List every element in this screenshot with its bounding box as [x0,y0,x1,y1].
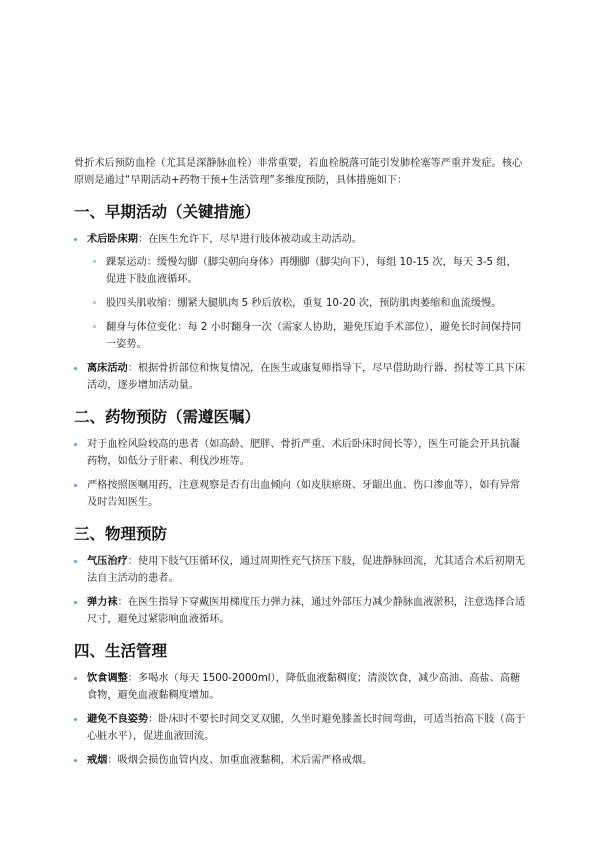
list-item: 气压治疗：使用下肢气压循环仪，通过周期性充气挤压下肢，促进静脉回流，尤其适合术后… [74,553,526,587]
sub-list: 踝泵运动：缓慢勾脚（脚尖朝向身体）再绷脚（脚尖向下），每组 10-15 次，每天… [87,254,526,353]
item-text: ：吸烟会损伤血管内皮、加重血液黏稠，术后需严格戒烟。 [107,755,372,766]
bullet-icon [74,238,77,241]
item-label: 离床活动 [87,363,128,374]
item-label: 术后卧床期 [87,234,138,245]
physical-list: 气压治疗：使用下肢气压循环仪，通过周期性充气挤压下肢，促进静脉回流，尤其适合术后… [74,553,526,628]
sub-list-item: 翻身与体位变化：每 2 小时翻身一次（需家人协助，避免压迫手术部位），避免长时间… [87,319,526,353]
sub-list-item: 踝泵运动：缓慢勾脚（脚尖朝向身体）再绷脚（脚尖向下），每组 10-15 次，每天… [87,254,526,288]
document-page: 骨折术后预防血栓（尤其是深静脉血栓）非常重要，若血栓脱落可能引发肺栓塞等严重并发… [74,155,526,782]
item-label: 弹力袜 [87,597,118,608]
item-text: 对于血栓风险较高的患者（如高龄、肥胖、骨折严重、术后卧床时间长等），医生可能会开… [87,439,520,467]
bullet-icon [74,759,77,762]
list-item: 戒烟：吸烟会损伤血管内皮、加重血液黏稠，术后需严格戒烟。 [74,752,526,769]
bullet-icon [74,560,77,563]
item-text: 严格按照医嘱用药，注意观察是否有出血倾向（如皮肤瘀斑、牙龈出血、伤口渗血等），如… [87,480,520,508]
list-item: 对于血栓风险较高的患者（如高龄、肥胖、骨折严重、术后卧床时间长等），医生可能会开… [74,436,526,470]
sub-list-item: 股四头肌收缩：绷紧大腿肌肉 5 秒后放松，重复 10-20 次，预防肌肉萎缩和血… [87,295,526,312]
bullet-icon [74,367,77,370]
item-text: ：卧床时不要长时间交叉双腿，久坐时避免膝盖长时间弯曲，可适当抬高下肢（高于心脏水… [87,714,525,742]
bullet-icon [74,484,77,487]
list-item: 严格按照医嘱用药，注意观察是否有出血倾向（如皮肤瘀斑、牙龈出血、伤口渗血等），如… [74,477,526,511]
sub-item-text: 踝泵运动：缓慢勾脚（脚尖朝向身体）再绷脚（脚尖向下），每组 10-15 次，每天… [106,257,517,285]
section-title-early-activity: 一、早期活动（关键措施） [74,202,526,222]
bullet-icon [74,601,77,604]
section-title-medication: 二、药物预防（需遵医嘱） [74,407,526,427]
item-label: 饮食调整 [87,673,128,684]
item-text: ：在医生允许下，尽早进行肢体被动或主动活动。 [138,234,362,245]
sub-bullet-icon [93,325,96,328]
list-item: 术后卧床期：在医生允许下，尽早进行肢体被动或主动活动。 踝泵运动：缓慢勾脚（脚尖… [74,231,526,353]
section-title-physical: 三、物理预防 [74,524,526,544]
item-text: ：多喝水（每天 1500-2000ml），降低血液黏稠度；清淡饮食，减少高油、高… [87,673,520,701]
item-label: 气压治疗 [87,556,128,567]
item-label: 戒烟 [87,755,107,766]
bullet-icon [74,718,77,721]
item-text: ：在医生指导下穿戴医用梯度压力弹力袜，通过外部压力减少静脉血液淤积，注意选择合适… [87,597,525,625]
bullet-icon [74,677,77,680]
medication-list: 对于血栓风险较高的患者（如高龄、肥胖、骨折严重、术后卧床时间长等），医生可能会开… [74,436,526,511]
sub-item-text: 翻身与体位变化：每 2 小时翻身一次（需家人协助，避免压迫手术部位），避免长时间… [106,322,521,350]
section-title-lifestyle: 四、生活管理 [74,641,526,661]
item-label: 避免不良姿势 [87,714,148,725]
list-item: 饮食调整：多喝水（每天 1500-2000ml），降低血液黏稠度；清淡饮食，减少… [74,670,526,704]
item-text: ：使用下肢气压循环仪，通过周期性充气挤压下肢，促进静脉回流，尤其适合术后初期无法… [87,556,525,584]
list-item: 离床活动：根据骨折部位和恢复情况，在医生或康复师指导下，尽早借助助行器、拐杖等工… [74,360,526,394]
bullet-icon [74,443,77,446]
item-text: ：根据骨折部位和恢复情况，在医生或康复师指导下，尽早借助助行器、拐杖等工具下床活… [87,363,525,391]
lifestyle-list: 饮食调整：多喝水（每天 1500-2000ml），降低血液黏稠度；清淡饮食，减少… [74,670,526,769]
list-item: 避免不良姿势：卧床时不要长时间交叉双腿，久坐时避免膝盖长时间弯曲，可适当抬高下肢… [74,711,526,745]
sub-bullet-icon [93,260,96,263]
early-activity-list: 术后卧床期：在医生允许下，尽早进行肢体被动或主动活动。 踝泵运动：缓慢勾脚（脚尖… [74,231,526,394]
sub-bullet-icon [93,301,96,304]
intro-paragraph: 骨折术后预防血栓（尤其是深静脉血栓）非常重要，若血栓脱落可能引发肺栓塞等严重并发… [74,155,526,189]
sub-item-text: 股四头肌收缩：绷紧大腿肌肉 5 秒后放松，重复 10-20 次，预防肌肉萎缩和血… [106,298,501,309]
list-item: 弹力袜：在医生指导下穿戴医用梯度压力弹力袜，通过外部压力减少静脉血液淤积，注意选… [74,594,526,628]
